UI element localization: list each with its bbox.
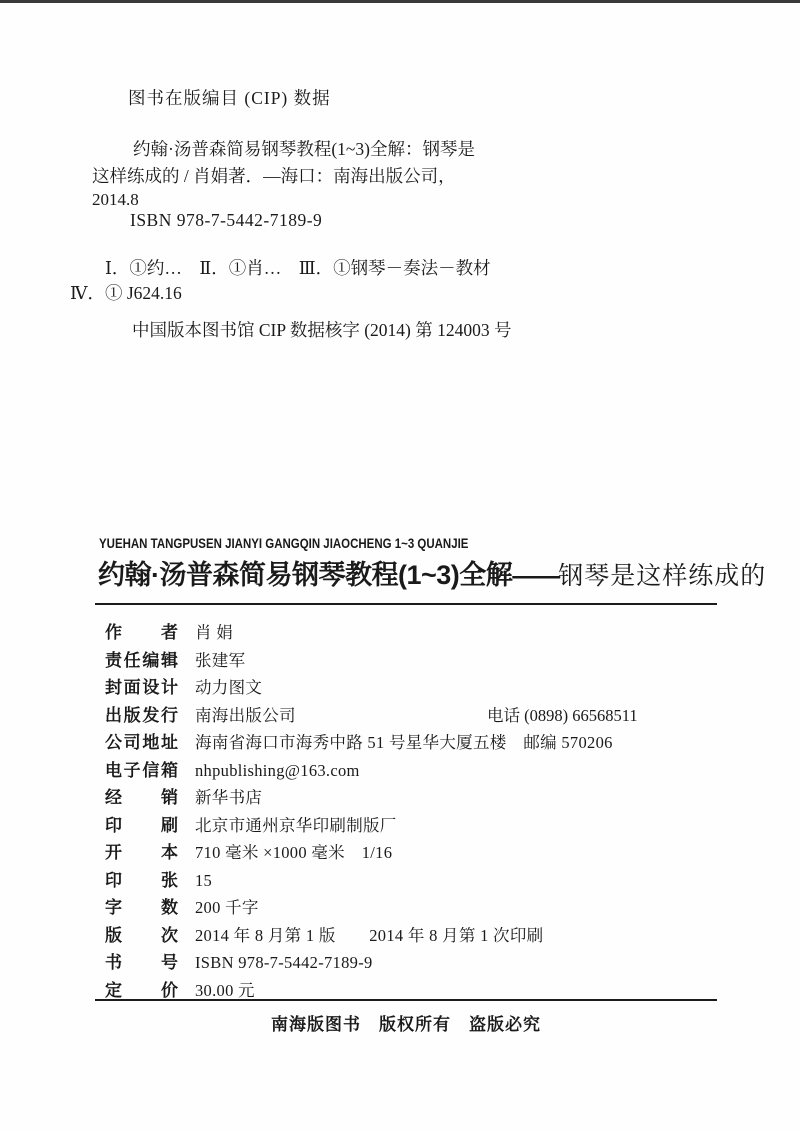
cip-isbn-line: ISBN 978-7-5442-7189-9 <box>130 210 322 231</box>
cip-description-line-2: 这样练成的 / 肖娟著．—海口：南海出版公司， <box>92 163 456 188</box>
row-value: 北京市通州京华印刷制版厂 <box>195 816 397 835</box>
row-label: 字数 <box>105 894 178 922</box>
row-label: 印张 <box>105 867 178 895</box>
copyright-page: 图书在版编目 (CIP) 数据 约翰·汤普森简易钢琴教程(1~3)全解：钢琴是 … <box>0 0 800 1131</box>
row-label: 封面设计 <box>105 674 178 702</box>
row-label: 经销 <box>105 784 178 812</box>
row-value: 15 <box>195 871 212 890</box>
row-label: 作者 <box>105 619 178 647</box>
row-value: nhpublishing@163.com <box>195 761 360 780</box>
row-value: 新华书店 <box>195 788 262 807</box>
publisher-phone: 电话 (0898) 66568511 <box>487 702 638 730</box>
row-value: 2014 年 8 月第 1 版 2014 年 8 月第 1 次印刷 <box>195 926 543 945</box>
table-row-word-count: 字数200 千字 <box>105 894 717 922</box>
row-value: 动力图文 <box>195 678 262 697</box>
row-label: 印刷 <box>105 812 178 840</box>
row-value: 200 千字 <box>195 898 259 917</box>
table-row-author: 作者肖 娟 <box>105 619 717 647</box>
row-label: 公司地址 <box>105 729 178 757</box>
title-pinyin: YUEHAN TANGPUSEN JIANYI GANGQIN JIAOCHEN… <box>99 535 468 551</box>
table-row-isbn: 书号ISBN 978-7-5442-7189-9 <box>105 949 717 977</box>
row-label: 版次 <box>105 922 178 950</box>
row-value: 肖 娟 <box>195 623 233 642</box>
title-dash: —— <box>512 562 558 590</box>
cip-description-line-3: 2014.8 <box>92 190 139 210</box>
cip-record-number: 中国版本图书馆 CIP 数据核字 (2014) 第 124003 号 <box>132 317 512 342</box>
row-value: 南海出版公司 <box>195 706 296 725</box>
cip-classification-line-2: Ⅳ．① J624.16 <box>70 280 182 305</box>
publication-info-table: 作者肖 娟 责任编辑张建军 封面设计动力图文 出版发行南海出版公司 电话 (08… <box>105 619 717 1004</box>
row-label: 出版发行 <box>105 702 178 730</box>
copyright-notice: 南海版图书 版权所有 盗版必究 <box>95 1010 717 1035</box>
row-value: 710 毫米 ×1000 毫米 1/16 <box>195 843 392 862</box>
table-row-format: 开本710 毫米 ×1000 毫米 1/16 <box>105 839 717 867</box>
table-row-address: 公司地址海南省海口市海秀中路 51 号星华大厦五楼 邮编 570206 <box>105 729 717 757</box>
row-label: 电子信箱 <box>105 757 178 785</box>
table-row-edition: 版次2014 年 8 月第 1 版 2014 年 8 月第 1 次印刷 <box>105 922 717 950</box>
table-row-editor: 责任编辑张建军 <box>105 647 717 675</box>
title-divider-rule <box>95 603 717 605</box>
table-row-sheets: 印张15 <box>105 867 717 895</box>
table-row-distributor: 经销新华书店 <box>105 784 717 812</box>
book-title: 约翰·汤普森简易钢琴教程(1~3)全解——钢琴是这样练成的 <box>98 553 766 592</box>
book-title-main: 约翰·汤普森简易钢琴教程(1~3)全解 <box>98 560 512 590</box>
row-value: ISBN 978-7-5442-7189-9 <box>195 953 373 972</box>
row-value: 张建军 <box>195 651 245 670</box>
row-value: 海南省海口市海秀中路 51 号星华大厦五楼 邮编 570206 <box>195 733 613 752</box>
book-title-subtitle: 钢琴是这样练成的 <box>558 563 766 590</box>
cip-classification-line-1: Ⅰ．①约… Ⅱ．①肖… Ⅲ．①钢琴－奏法－教材 <box>105 255 491 280</box>
row-label: 责任编辑 <box>105 647 178 675</box>
row-label: 书号 <box>105 949 178 977</box>
cip-header: 图书在版编目 (CIP) 数据 <box>128 85 331 110</box>
footer-divider-rule <box>95 999 717 1001</box>
table-row-publisher: 出版发行南海出版公司 电话 (0898) 66568511 <box>105 702 717 730</box>
table-row-cover-design: 封面设计动力图文 <box>105 674 717 702</box>
table-row-email: 电子信箱nhpublishing@163.com <box>105 757 717 785</box>
cip-description-line-1: 约翰·汤普森简易钢琴教程(1~3)全解：钢琴是 <box>133 136 475 161</box>
scan-edge-bar <box>0 0 800 3</box>
table-row-printer: 印刷北京市通州京华印刷制版厂 <box>105 812 717 840</box>
row-label: 开本 <box>105 839 178 867</box>
row-value: 30.00 元 <box>195 981 255 1000</box>
